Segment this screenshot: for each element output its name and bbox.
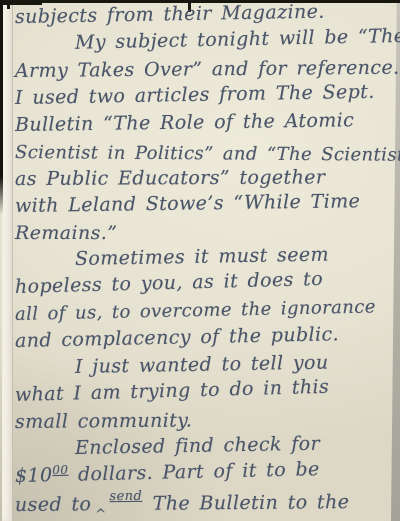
text-segment: Army Takes Over” and for reference. bbox=[15, 57, 400, 82]
text-segment: what I am trying to do in this bbox=[15, 376, 330, 406]
handwritten-line: used to^send The Bulletin to the bbox=[15, 489, 390, 521]
text-segment: I used two articles from The Sept. bbox=[15, 81, 375, 109]
text-segment: $10 bbox=[15, 464, 53, 487]
text-segment: Scientist in Politics” and “The Scientis… bbox=[15, 142, 400, 166]
text-segment: and complacency of the public. bbox=[15, 323, 339, 352]
scan-left-edge bbox=[0, 0, 3, 215]
text-segment: with Leland Stowe’s “While Time bbox=[15, 190, 361, 217]
text-segment: Bulletin “The Role of the Atomic bbox=[15, 109, 355, 136]
paper-left-under-edge bbox=[2, 0, 13, 521]
text-segment: subjects from their Magazine. bbox=[15, 1, 325, 28]
letter-body: subjects from their Magazine.My subject … bbox=[15, 4, 390, 521]
text-segment: dollars. Part of it to be bbox=[68, 458, 320, 486]
text-segment: My subject tonight will be “The bbox=[75, 25, 400, 54]
text-segment: Enclosed find check for bbox=[75, 433, 320, 459]
text-segment: as Public Educators” together bbox=[15, 166, 325, 190]
scanned-letter-page: subjects from their Magazine.My subject … bbox=[0, 0, 400, 521]
handwritten-line: with Leland Stowe’s “While Time bbox=[15, 188, 390, 220]
scan-edge-notch bbox=[7, 0, 10, 9]
text-segment: The Bulletin to the bbox=[143, 491, 349, 515]
insertion-caret-mark: ^ bbox=[95, 501, 107, 521]
text-segment: small community. bbox=[15, 409, 192, 433]
inserted-word: send bbox=[109, 489, 142, 504]
text-segment: hopeless to you, as it does to bbox=[15, 268, 324, 298]
handwritten-line: Bulletin “The Role of the Atomic bbox=[15, 107, 390, 139]
text-segment: Remains.” bbox=[15, 222, 117, 244]
superscript-cents: 00 bbox=[52, 463, 68, 477]
text-segment: used to bbox=[15, 493, 92, 516]
